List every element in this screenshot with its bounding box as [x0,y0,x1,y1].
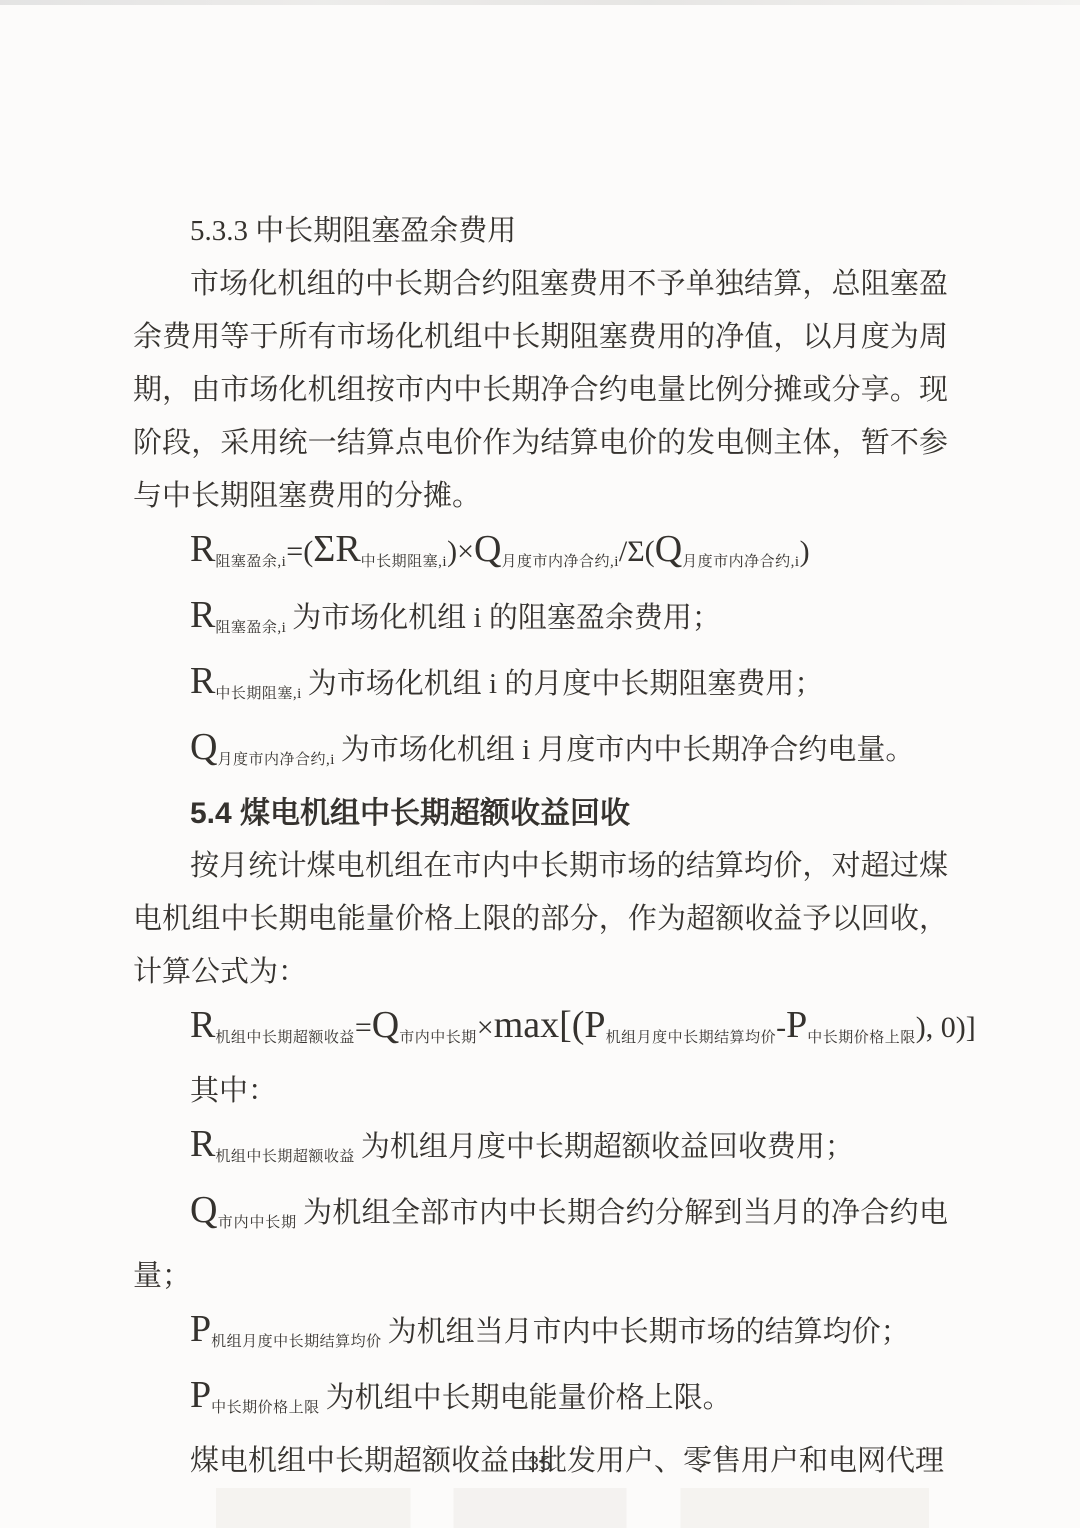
definition-line: P中长期价格上限为机组中长期电能量价格上限。 [133,1369,948,1435]
formula-variable: P [190,1308,211,1350]
definition-line: R阻塞盈余,i为市场化机组 i 的阻塞盈余费用； [133,589,948,655]
definition-line: R机组中长期超额收益为机组月度中长期超额收益回收费用； [133,1118,948,1184]
definition-text: 为市场化机组 i 的月度中长期阻塞费用； [308,668,824,700]
formula-subscript: 机组月度中长期结算均价 [211,1334,382,1350]
definition-line: P机组月度中长期结算均价为机组当月市内中长期市场的结算均价； [133,1303,948,1369]
formula-variable: Q [372,1004,399,1046]
section-heading: 5.3.3 中长期阻塞盈余费用 [133,205,948,258]
formula-variable: Q [190,1189,217,1231]
formula-line: R阻塞盈余,i=(ΣR中长期阻塞,i)×Q月度市内净合约,i/Σ(Q月度市内净合… [133,523,948,589]
formula-operator: ), 0)] [916,1011,976,1044]
formula-subscript: 阻塞盈余,i [215,620,286,636]
document-page: 5.3.3 中长期阻塞盈余费用市场化机组的中长期合约阻塞费用不予单独结算，总阻塞… [0,0,1080,1528]
formula-variable: R [190,1123,215,1165]
body-paragraph: 市场化机组的中长期合约阻塞费用不予单独结算，总阻塞盈余费用等于所有市场化机组中长… [133,258,948,523]
formula-subscript: 中长期价格上限 [211,1400,320,1416]
formula-subscript: 市内中长期 [217,1215,297,1231]
formula-subscript: 市内中长期 [399,1030,477,1046]
formula-variable: Q [655,528,682,570]
formula-subscript: 机组中长期超额收益 [215,1030,355,1046]
formula-operator: )× [447,535,474,568]
body-paragraph: 其中： [133,1065,948,1118]
formula-subscript: 月度市内净合约,i [501,554,618,570]
definition-text: 为机组月度中长期超额收益回收费用； [361,1131,854,1163]
formula-variable: Q [474,528,501,570]
formula-variable: Q [190,726,217,768]
body-paragraph: 按月统计煤电机组在市内中长期市场的结算均价，对超过煤电机组中长期电能量价格上限的… [133,840,948,999]
formula-subscript: 月度市内净合约,i [217,752,334,768]
definition-line: Q市内中长期为机组全部市内中长期合约分解到当月的净合约电量； [133,1184,948,1303]
formula-variable: R [190,528,215,570]
definition-text: 为市场化机组 i 的阻塞盈余费用； [292,602,721,634]
definition-line: Q月度市内净合约,i为市场化机组 i 月度市内中长期净合约电量。 [133,721,948,787]
formula-subscript: 机组月度中长期结算均价 [606,1030,777,1046]
formula-operator: = [355,1011,372,1044]
formula-variable: R [190,1004,215,1046]
definition-text: 为机组当月市内中长期市场的结算均价； [388,1316,910,1348]
definition-text: 为机组全部市内中长期合约分解到当月的净合约电量； [133,1197,948,1292]
document-body: 5.3.3 中长期阻塞盈余费用市场化机组的中长期合约阻塞费用不予单独结算，总阻塞… [133,205,948,1488]
section-heading: 5.4 煤电机组中长期超额收益回收 [133,787,948,840]
scan-top-edge-artifact [0,0,1080,5]
definition-text: 为机组中长期电能量价格上限。 [326,1382,732,1414]
formula-variable: P [786,1004,807,1046]
formula-subscript: 阻塞盈余,i [215,554,286,570]
formula-subscript: 月度市内净合约,i [682,554,799,570]
formula-operator: /Σ( [619,535,655,568]
definition-line: R中长期阻塞,i为市场化机组 i 的月度中长期阻塞费用； [133,655,948,721]
scan-bottom-artifact [0,1488,1080,1528]
page-number: 35 [0,1453,1080,1476]
formula-variable: R [190,660,215,702]
formula-variable: ΣR [313,528,360,570]
formula-operator: × [477,1011,494,1044]
formula-subscript: 中长期阻塞,i [361,554,447,570]
formula-variable: P [190,1374,211,1416]
formula-variable: R [190,594,215,636]
formula-line: R机组中长期超额收益=Q市内中长期×max[(P机组月度中长期结算均价-P中长期… [133,999,948,1065]
formula-operator: =( [286,535,313,568]
formula-subscript: 中长期阻塞,i [215,686,301,702]
definition-text: 为市场化机组 i 月度市内中长期净合约电量。 [341,734,915,766]
formula-subscript: 中长期价格上限 [807,1030,916,1046]
formula-operator: ) [800,535,810,568]
formula-subscript: 机组中长期超额收益 [215,1149,355,1165]
formula-variable: max[(P [494,1004,606,1046]
formula-operator: - [776,1011,786,1044]
